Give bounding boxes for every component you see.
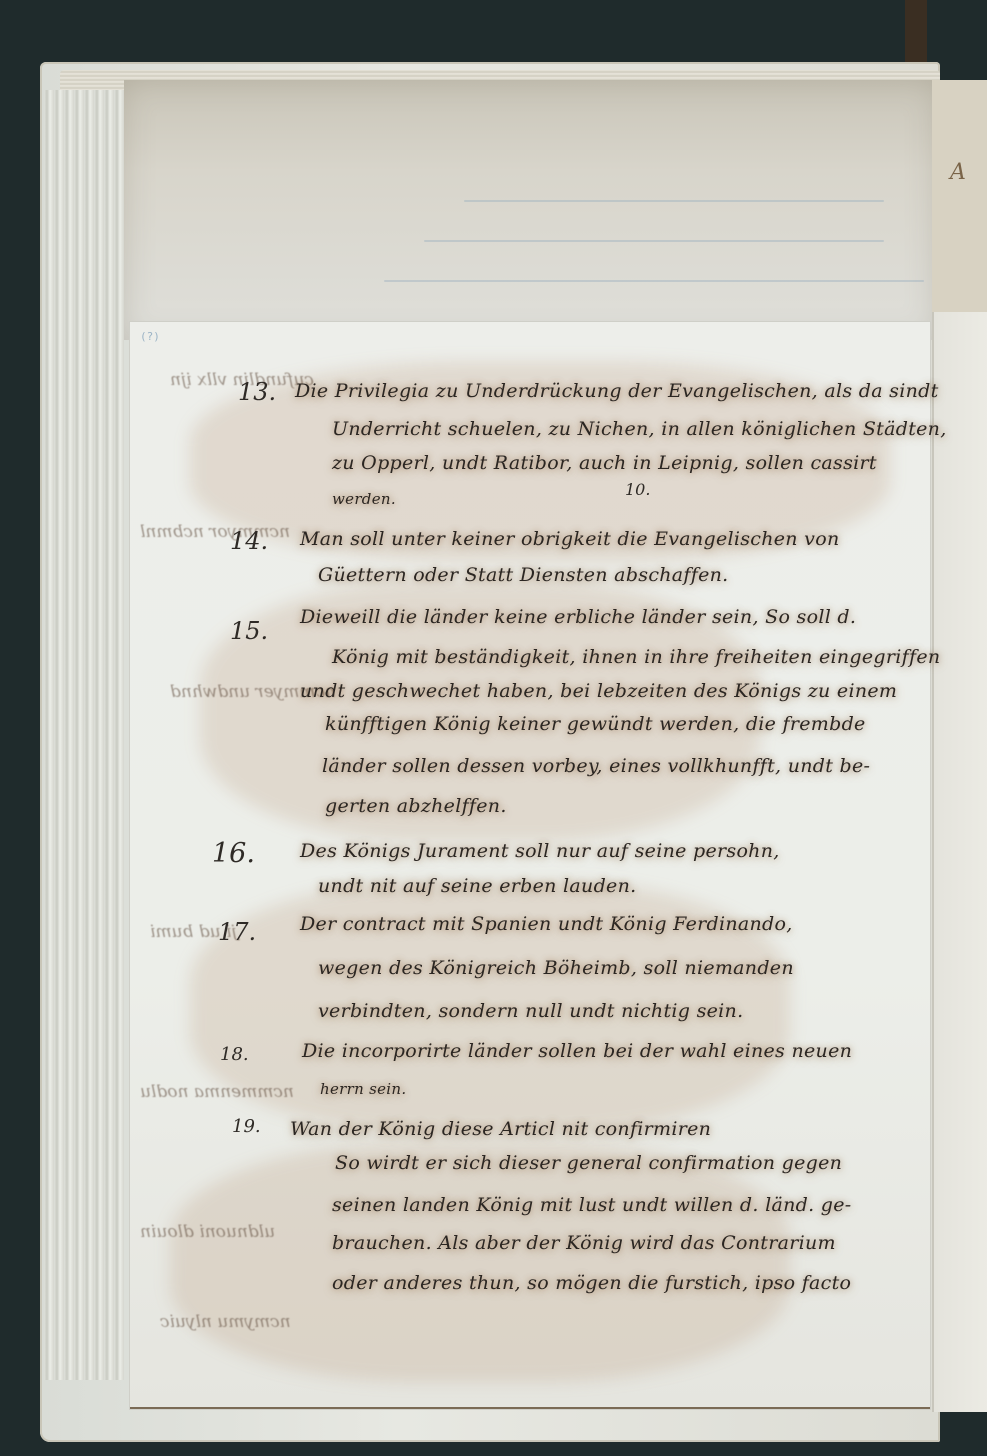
text-line: verbindten, sondern null undt nichtig se… [318,1000,743,1022]
article-number: 16. [212,838,255,869]
text-line: Güettern oder Statt Diensten abschaffen. [318,564,729,586]
bleed-through-text: ncmymu nlyuic [160,1312,291,1332]
text-line: oder anderes thun, so mögen die furstich… [332,1272,851,1294]
text-line: undt geschwechet haben, bei lebzeiten de… [300,680,897,702]
article-number: 13. [238,378,276,406]
text-line: König mit beständigkeit, ihnen in ihre f… [332,646,940,668]
bleed-through-text: uldnuoni dlouin [140,1222,275,1242]
text-line: künfftigen König keiner gewündt werden, … [325,713,866,735]
margin-note: 10. [625,480,650,499]
article-number: 18. [220,1044,249,1065]
text-line: länder sollen dessen vorbey, eines vollk… [322,755,870,777]
text-line: seinen landen König mit lust undt willen… [332,1194,851,1216]
binding-strap [905,0,927,70]
text-line: wegen des Königreich Böheimb, soll niema… [318,957,794,979]
faded-line [384,280,924,282]
text-line: Der contract mit Spanien undt König Ferd… [300,913,793,935]
text-line: Man soll unter keiner obrigkeit die Evan… [300,528,840,550]
text-line: Die incorporirte länder sollen bei der w… [302,1040,852,1062]
facing-page-top [932,80,987,312]
facing-page-edge [932,312,987,1412]
text-line: brauchen. Als aber der König wird das Co… [332,1232,836,1254]
text-line: Wan der König diese Articl nit confirmir… [290,1118,711,1140]
text-line: herrn sein. [320,1080,406,1098]
text-line: So wirdt er sich dieser general confirma… [335,1152,842,1174]
page-stack-left-edge [44,90,124,1380]
text-line: zu Opperl, undt Ratibor, auch in Leipnig… [332,452,877,474]
article-number: 17. [218,918,256,946]
text-line: Des Königs Jurament soll nur auf seine p… [300,840,780,862]
facing-page-initial: A [950,160,966,185]
bleed-through-text: ncmmenma nodlu [140,1082,294,1102]
text-line: undt nit auf seine erben lauden. [318,875,636,897]
text-line: Die Privilegia zu Underdrückung der Evan… [295,380,939,402]
faded-line [424,240,884,242]
article-number: 19. [232,1116,261,1137]
faded-line [464,200,884,202]
previous-sheet [124,80,936,340]
ink-stain [170,1142,790,1382]
folio-marker: (?) [140,330,160,343]
text-line: gerten abzhelffen. [325,795,507,817]
text-line: Dieweill die länder keine erbliche lände… [300,606,856,628]
text-line: werden. [332,490,396,508]
article-number: 15. [230,617,268,645]
text-line: Underricht schuelen, zu Nichen, in allen… [332,418,947,440]
article-number: 14. [230,527,268,555]
